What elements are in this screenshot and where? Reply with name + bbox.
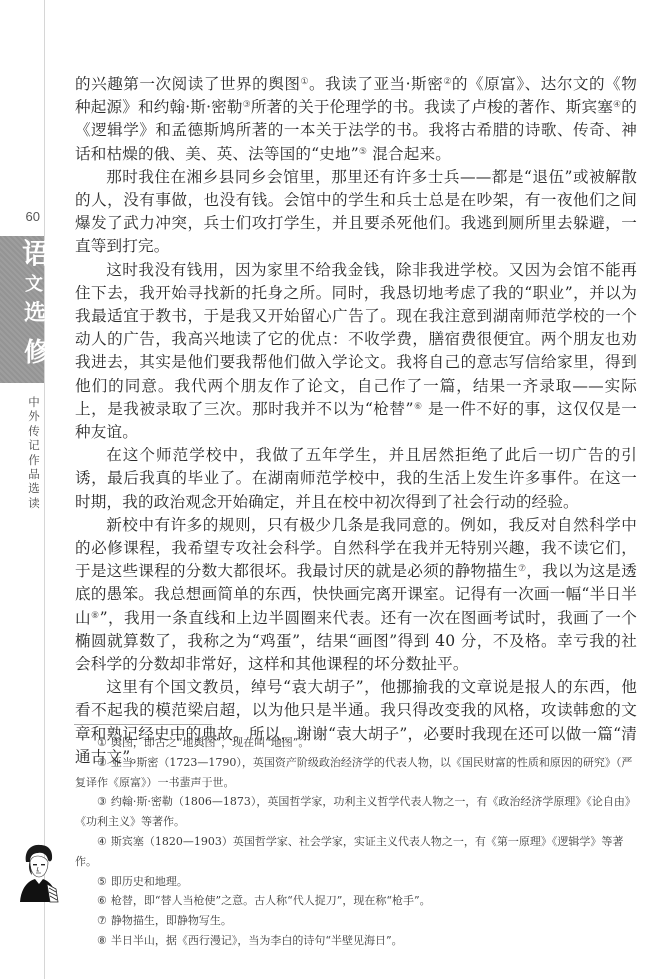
text-run: ”，我用一条直线和上边半圆圈来代表。还有一次在图画考试时，我画了一个椭圆就算数了… <box>75 609 637 673</box>
footnotes: ①舆图，即古之“地舆图”，现在叫“地图”。②亚当·斯密（1723—1790），英… <box>75 733 637 951</box>
footnote-number: ⑤ <box>97 875 107 888</box>
footnote-ref[interactable]: ⑧ <box>91 611 100 621</box>
footnote-item: ⑥枪替，即“替人当枪使”之意。古人称“代人捉刀”，现在称“枪手”。 <box>75 891 637 911</box>
footnote-text: 即历史和地理。 <box>111 875 188 888</box>
footnote-item: ①舆图，即古之“地舆图”，现在叫“地图”。 <box>75 733 637 753</box>
footnote-number: ⑥ <box>97 894 107 907</box>
footnote-item: ⑤即历史和地理。 <box>75 872 637 892</box>
footnote-text: 斯宾塞（1820—1903）英国哲学家、社会学家，实证主义代表人物之一，有《第一… <box>75 835 623 868</box>
footnote-number: ⑦ <box>97 914 107 927</box>
margin-rule <box>44 0 45 979</box>
text-run: 所著的关于伦理学的书。我读了卢梭的著作、斯宾塞 <box>251 98 613 116</box>
footnote-text: 约翰·斯·密勒（1806—1873），英国哲学家，功利主义哲学代表人物之一，有《… <box>75 795 636 828</box>
footnote-divider <box>74 724 212 725</box>
body-paragraph: 的兴趣第一次阅读了世界的舆图①。我读了亚当·斯密②的《原富》、达尔文的《物种起源… <box>75 73 637 166</box>
footnote-number: ① <box>97 736 107 749</box>
footnote-ref[interactable]: ⑥ <box>414 402 423 412</box>
text-run: 在这个师范学校中，我做了五年学生，并且居然拒绝了此后一切广告的引诱，最后我真的毕… <box>75 446 637 510</box>
text-run: 这时我没有钱用，因为家里不给我金钱，除非我进学校。又因为会馆不能再住下去，我开始… <box>75 261 637 418</box>
footnote-ref[interactable]: ⑤ <box>359 147 367 157</box>
text-run: 的兴趣第一次阅读了世界的舆图 <box>75 75 300 93</box>
footnote-ref[interactable]: ③ <box>243 100 251 110</box>
footnote-text: 亚当·斯密（1723—1790），英国资产阶级政治经济学的代表人物，以《国民财富… <box>75 756 632 789</box>
band-char: 文 <box>25 276 43 294</box>
footnote-ref[interactable]: ① <box>300 77 309 87</box>
body-paragraph: 这时我没有钱用，因为家里不给我金钱，除非我进学校。又因为会馆不能再住下去，我开始… <box>75 259 637 445</box>
text-run: 那时我住在湘乡县同乡会馆里，那里还有许多士兵——都是“退伍”或被解散的人，没有事… <box>75 168 637 256</box>
footnote-number: ② <box>97 756 107 769</box>
footnote-text: 半日半山，据《西行漫记》，当为李白的诗句“半壁见海日”。 <box>111 934 403 947</box>
body-paragraph: 新校中有许多的规则，只有极少几条是我同意的。例如，我反对自然科学中的必修课程，我… <box>75 514 637 676</box>
band-char: 语 <box>22 240 50 268</box>
body-text: 的兴趣第一次阅读了世界的舆图①。我读了亚当·斯密②的《原富》、达尔文的《物种起源… <box>75 73 637 769</box>
band-char: 选 <box>24 302 46 324</box>
footnote-text: 舆图，即古之“地舆图”，现在叫“地图”。 <box>111 736 310 749</box>
footnote-ref[interactable]: ② <box>443 77 452 87</box>
book-title-band: 语 文 选 修 <box>0 236 44 383</box>
footnote-item: ③约翰·斯·密勒（1806—1873），英国哲学家，功利主义哲学代表人物之一，有… <box>75 792 637 832</box>
text-run: 。我读了亚当·斯密 <box>309 75 443 93</box>
footnote-item: ⑦静物描生，即静物写生。 <box>75 911 637 931</box>
text-run: 混合起来。 <box>367 145 451 163</box>
body-paragraph: 那时我住在湘乡县同乡会馆里，那里还有许多士兵——都是“退伍”或被解散的人，没有事… <box>75 166 637 259</box>
footnote-item: ⑧半日半山，据《西行漫记》，当为李白的诗句“半壁见海日”。 <box>75 931 637 951</box>
footnote-item: ④斯宾塞（1820—1903）英国哲学家、社会学家，实证主义代表人物之一，有《第… <box>75 832 637 872</box>
band-char: 修 <box>24 340 50 366</box>
footnote-item: ②亚当·斯密（1723—1790），英国资产阶级政治经济学的代表人物，以《国民财… <box>75 753 637 793</box>
page-number: 60 <box>10 209 40 224</box>
footnote-text: 静物描生，即静物写生。 <box>111 914 232 927</box>
body-paragraph: 在这个师范学校中，我做了五年学生，并且居然拒绝了此后一切广告的引诱，最后我真的毕… <box>75 444 637 514</box>
footnote-number: ④ <box>97 835 107 848</box>
footnote-number: ⑧ <box>97 934 107 947</box>
portrait-illustration-icon <box>14 840 62 906</box>
footnote-text: 枪替，即“替人当枪使”之意。古人称“代人捉刀”，现在称“枪手”。 <box>111 894 431 907</box>
series-title: 中外传记作品选读 <box>26 395 42 510</box>
footnote-number: ③ <box>97 795 107 808</box>
